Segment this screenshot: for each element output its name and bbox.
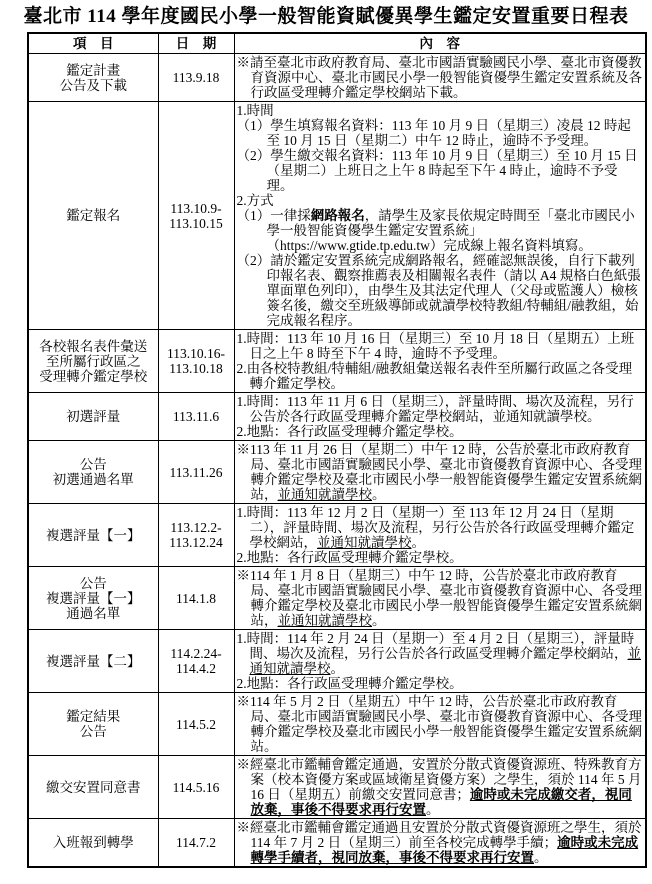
text-segment: 2.地點：各行政區受理轉介鑑定學校。 (237, 424, 463, 439)
date-cell: 113.9.18 (158, 54, 234, 102)
text-segment: 1.時間：113 年 10 月 16 日（星期三）至 10 月 18 日（星期五… (237, 331, 635, 361)
date-cell: 114.5.2 (158, 693, 234, 756)
table-row: 入班報到轉學114.7.2※經臺北市鑑輔會鑑定通過且安置於分散式資優資源班之學生… (28, 819, 646, 868)
item-line: 初選評量 (31, 409, 156, 424)
date-line: 113.10.9- (161, 201, 232, 216)
text-segment: 。 (412, 535, 426, 550)
content-cell: 1.時間：113 年 11 月 6 日（星期三），評量時間、場次及流程，另行公告… (234, 393, 646, 441)
text-segment: 2.由各校特教組/特輔組/融教組彙送報名表件至所屬行政區之各受理轉介鑑定學校。 (237, 361, 633, 391)
date-cell: 114.7.2 (158, 819, 234, 868)
table-row: 繳交安置同意書114.5.16※經臺北市鑑輔會鑑定通過，安置於分散式資優資源班、… (28, 756, 646, 819)
content-paragraph: （1）一律採網路報名，請學生及家長依規定時間至「臺北市國民小學一般智能資優學生鑑… (237, 208, 644, 253)
content-paragraph: 2.由各校特教組/特輔組/融教組彙送報名表件至所屬行政區之各受理轉介鑑定學校。 (237, 361, 644, 391)
date-line: 114.5.16 (161, 780, 232, 795)
item-line: 公告 (31, 576, 156, 591)
text-segment: 2.地點：各行政區受理轉介鑑定學校。 (237, 550, 463, 565)
header-item: 項 目 (28, 33, 158, 54)
date-line: 114.4.2 (161, 661, 232, 676)
text-segment: 。 (534, 850, 548, 865)
text-segment: 。 (372, 613, 386, 628)
content-paragraph: ※114 年 5 月 2 日（星期五）中午 12 時，公告於臺北市政府教育局、臺… (237, 694, 644, 754)
date-cell: 113.10.9-113.10.15 (158, 102, 234, 330)
document-title: 臺北市 114 學年度國民小學一般智能資賦優異學生鑑定安置重要日程表 (0, 5, 652, 29)
date-cell: 113.11.6 (158, 393, 234, 441)
date-line: 114.5.2 (161, 717, 232, 732)
item-line: 繳交安置同意書 (31, 780, 156, 795)
content-cell: 1.時間：114 年 2 月 24 日（星期一）至 4 月 2 日（星期三），評… (234, 630, 646, 693)
item-line: 入班報到轉學 (31, 835, 156, 850)
item-line: 公告 (31, 457, 156, 472)
date-line: 113.9.18 (161, 70, 232, 85)
item-cell: 繳交安置同意書 (28, 756, 158, 819)
text-segment: ※114 年 5 月 2 日（星期五）中午 12 時，公告於臺北市政府教育局、臺… (237, 694, 643, 754)
header-date: 日 期 (158, 33, 234, 54)
date-line: 114.2.24- (161, 646, 232, 661)
content-cell: ※經臺北市鑑輔會鑑定通過，安置於分散式資優資源班、特殊教育方案（校本資優方案或區… (234, 756, 646, 819)
content-paragraph: 2.地點：各行政區受理轉介鑑定學校。 (237, 676, 644, 691)
item-cell: 初選評量 (28, 393, 158, 441)
date-line: 113.10.16- (161, 346, 232, 361)
content-paragraph: 2.地點：各行政區受理轉介鑑定學校。 (237, 424, 644, 439)
date-line: 113.10.18 (161, 361, 232, 376)
item-cell: 公告初選通過名單 (28, 441, 158, 504)
item-line: 公告及下載 (31, 78, 156, 93)
table-row: 初選評量113.11.61.時間：113 年 11 月 6 日（星期三），評量時… (28, 393, 646, 441)
document-page: 臺北市 114 學年度國民小學一般智能資賦優異學生鑑定安置重要日程表 項 目 日… (0, 0, 652, 868)
text-segment: 並通知就讀學校 (278, 487, 373, 502)
item-line: 通過名單 (31, 606, 156, 621)
date-line: 113.11.6 (161, 409, 232, 424)
content-paragraph: ※114 年 1 月 8 日（星期三）中午 12 時，公告於臺北市政府教育局、臺… (237, 568, 644, 628)
table-row: 複選評量【二】114.2.24-114.4.21.時間：114 年 2 月 24… (28, 630, 646, 693)
item-line: 鑑定報名 (31, 208, 156, 223)
schedule-table-body: 鑑定計畫公告及下載113.9.18※請至臺北市政府教育局、臺北市國語實驗國民小學… (28, 54, 646, 868)
content-paragraph: 1.時間 (237, 103, 644, 118)
item-cell: 鑑定計畫公告及下載 (28, 54, 158, 102)
text-segment: 並通知就讀學校 (278, 613, 373, 628)
text-segment: 2.地點：各行政區受理轉介鑑定學校。 (237, 676, 463, 691)
date-cell: 113.10.16-113.10.18 (158, 330, 234, 393)
text-segment: （1）學生填寫報名資料：113 年 10 月 9 日（星期三）凌晨 12 時起至… (237, 118, 631, 148)
content-paragraph: 1.時間：113 年 11 月 6 日（星期三），評量時間、場次及流程，另行公告… (237, 394, 644, 424)
item-line: 受理轉介鑑定學校 (31, 369, 156, 384)
date-line: 113.12.24 (161, 535, 232, 550)
text-segment: ※請至臺北市政府教育局、臺北市國語實驗國民小學、臺北市資優教育資源中心、臺北市國… (237, 55, 643, 100)
item-line: 複選評量【一】 (31, 528, 156, 543)
content-paragraph: ※經臺北市鑑輔會鑑定通過且安置於分散式資優資源班之學生，須於 114 年 7 月… (237, 820, 644, 865)
content-paragraph: 1.時間：113 年 10 月 16 日（星期三）至 10 月 18 日（星期五… (237, 331, 644, 361)
date-cell: 114.2.24-114.4.2 (158, 630, 234, 693)
table-row: 公告初選通過名單113.11.26※113 年 11 月 26 日（星期二）中午… (28, 441, 646, 504)
content-paragraph: ※經臺北市鑑輔會鑑定通過，安置於分散式資優資源班、特殊教育方案（校本資優方案或區… (237, 757, 644, 817)
item-cell: 入班報到轉學 (28, 819, 158, 868)
header-content: 內 容 (234, 33, 646, 54)
item-cell: 公告複選評量【一】通過名單 (28, 567, 158, 630)
content-paragraph: 1.時間：113 年 12 月 2 日（星期一）至 113 年 12 月 24 … (237, 505, 644, 550)
text-segment: 並通知就讀學校 (317, 535, 412, 550)
schedule-table: 項 目 日 期 內 容 鑑定計畫公告及下載113.9.18※請至臺北市政府教育局… (27, 32, 647, 868)
content-paragraph: ※113 年 11 月 26 日（星期二）中午 12 時，公告於臺北市政府教育局… (237, 442, 644, 502)
date-line: 114.7.2 (161, 835, 232, 850)
item-cell: 各校報名表件彙送至所屬行政區之受理轉介鑑定學校 (28, 330, 158, 393)
content-cell: ※114 年 1 月 8 日（星期三）中午 12 時，公告於臺北市政府教育局、臺… (234, 567, 646, 630)
content-cell: ※請至臺北市政府教育局、臺北市國語實驗國民小學、臺北市資優教育資源中心、臺北市國… (234, 54, 646, 102)
item-cell: 複選評量【一】 (28, 504, 158, 567)
content-cell: 1.時間：113 年 10 月 16 日（星期三）至 10 月 18 日（星期五… (234, 330, 646, 393)
item-line: 至所屬行政區之 (31, 354, 156, 369)
content-cell: 1.時間（1）學生填寫報名資料：113 年 10 月 9 日（星期三）凌晨 12… (234, 102, 646, 330)
content-cell: ※113 年 11 月 26 日（星期二）中午 12 時，公告於臺北市政府教育局… (234, 441, 646, 504)
item-line: 鑑定計畫 (31, 63, 156, 78)
text-segment: 。 (426, 802, 440, 817)
item-cell: 複選評量【二】 (28, 630, 158, 693)
table-row: 公告複選評量【一】通過名單114.1.8※114 年 1 月 8 日（星期三）中… (28, 567, 646, 630)
date-cell: 114.1.8 (158, 567, 234, 630)
text-segment: （2）學生繳交報名資料：113 年 10 月 9 日（星期三）至 10 月 15… (237, 148, 638, 193)
date-cell: 113.12.2-113.12.24 (158, 504, 234, 567)
item-cell: 鑑定報名 (28, 102, 158, 330)
content-cell: ※114 年 5 月 2 日（星期五）中午 12 時，公告於臺北市政府教育局、臺… (234, 693, 646, 756)
item-line: 鑑定結果 (31, 709, 156, 724)
text-segment: 2.方式 (237, 193, 274, 208)
content-paragraph: ※請至臺北市政府教育局、臺北市國語實驗國民小學、臺北市資優教育資源中心、臺北市國… (237, 55, 644, 100)
text-segment: 網路報名 (311, 208, 365, 223)
content-paragraph: （1）學生填寫報名資料：113 年 10 月 9 日（星期三）凌晨 12 時起至… (237, 118, 644, 148)
content-paragraph: （2）學生繳交報名資料：113 年 10 月 9 日（星期三）至 10 月 15… (237, 148, 644, 193)
item-line: 初選通過名單 (31, 472, 156, 487)
date-line: 113.12.2- (161, 520, 232, 535)
table-header-row: 項 目 日 期 內 容 (28, 33, 646, 54)
date-cell: 114.5.16 (158, 756, 234, 819)
text-segment: 1.時間 (237, 103, 274, 118)
table-row: 鑑定報名113.10.9-113.10.151.時間（1）學生填寫報名資料：11… (28, 102, 646, 330)
text-segment: 1.時間：114 年 2 月 24 日（星期一）至 4 月 2 日（星期三），評… (237, 631, 635, 661)
content-cell: 1.時間：113 年 12 月 2 日（星期一）至 113 年 12 月 24 … (234, 504, 646, 567)
date-line: 113.11.26 (161, 465, 232, 480)
text-segment: （1）一律採 (237, 208, 311, 223)
item-cell: 鑑定結果公告 (28, 693, 158, 756)
table-row: 各校報名表件彙送至所屬行政區之受理轉介鑑定學校113.10.16-113.10.… (28, 330, 646, 393)
content-paragraph: 2.地點：各行政區受理轉介鑑定學校。 (237, 550, 644, 565)
table-row: 複選評量【一】113.12.2-113.12.241.時間：113 年 12 月… (28, 504, 646, 567)
text-segment: 1.時間：113 年 11 月 6 日（星期三），評量時間、場次及流程，另行公告… (237, 394, 634, 424)
item-line: 複選評量【二】 (31, 654, 156, 669)
content-paragraph: 1.時間：114 年 2 月 24 日（星期一）至 4 月 2 日（星期三），評… (237, 631, 644, 676)
text-segment: 。 (331, 661, 345, 676)
text-segment: 。 (372, 487, 386, 502)
text-segment: （2）請於鑑定安置系統完成網路報名，經確認無誤後，自行下載列印報名表、觀察推薦表… (237, 253, 641, 328)
item-line: 複選評量【一】 (31, 591, 156, 606)
content-cell: ※經臺北市鑑輔會鑑定通過且安置於分散式資優資源班之學生，須於 114 年 7 月… (234, 819, 646, 868)
content-paragraph: 2.方式 (237, 193, 644, 208)
table-row: 鑑定結果公告114.5.2※114 年 5 月 2 日（星期五）中午 12 時，… (28, 693, 646, 756)
item-line: 公告 (31, 724, 156, 739)
text-segment: 1.時間：113 年 12 月 2 日（星期一）至 113 年 12 月 24 … (237, 505, 635, 550)
date-line: 114.1.8 (161, 591, 232, 606)
date-cell: 113.11.26 (158, 441, 234, 504)
content-paragraph: （2）請於鑑定安置系統完成網路報名，經確認無誤後，自行下載列印報名表、觀察推薦表… (237, 253, 644, 328)
item-line: 各校報名表件彙送 (31, 339, 156, 354)
date-line: 113.10.15 (161, 216, 232, 231)
table-row: 鑑定計畫公告及下載113.9.18※請至臺北市政府教育局、臺北市國語實驗國民小學… (28, 54, 646, 102)
